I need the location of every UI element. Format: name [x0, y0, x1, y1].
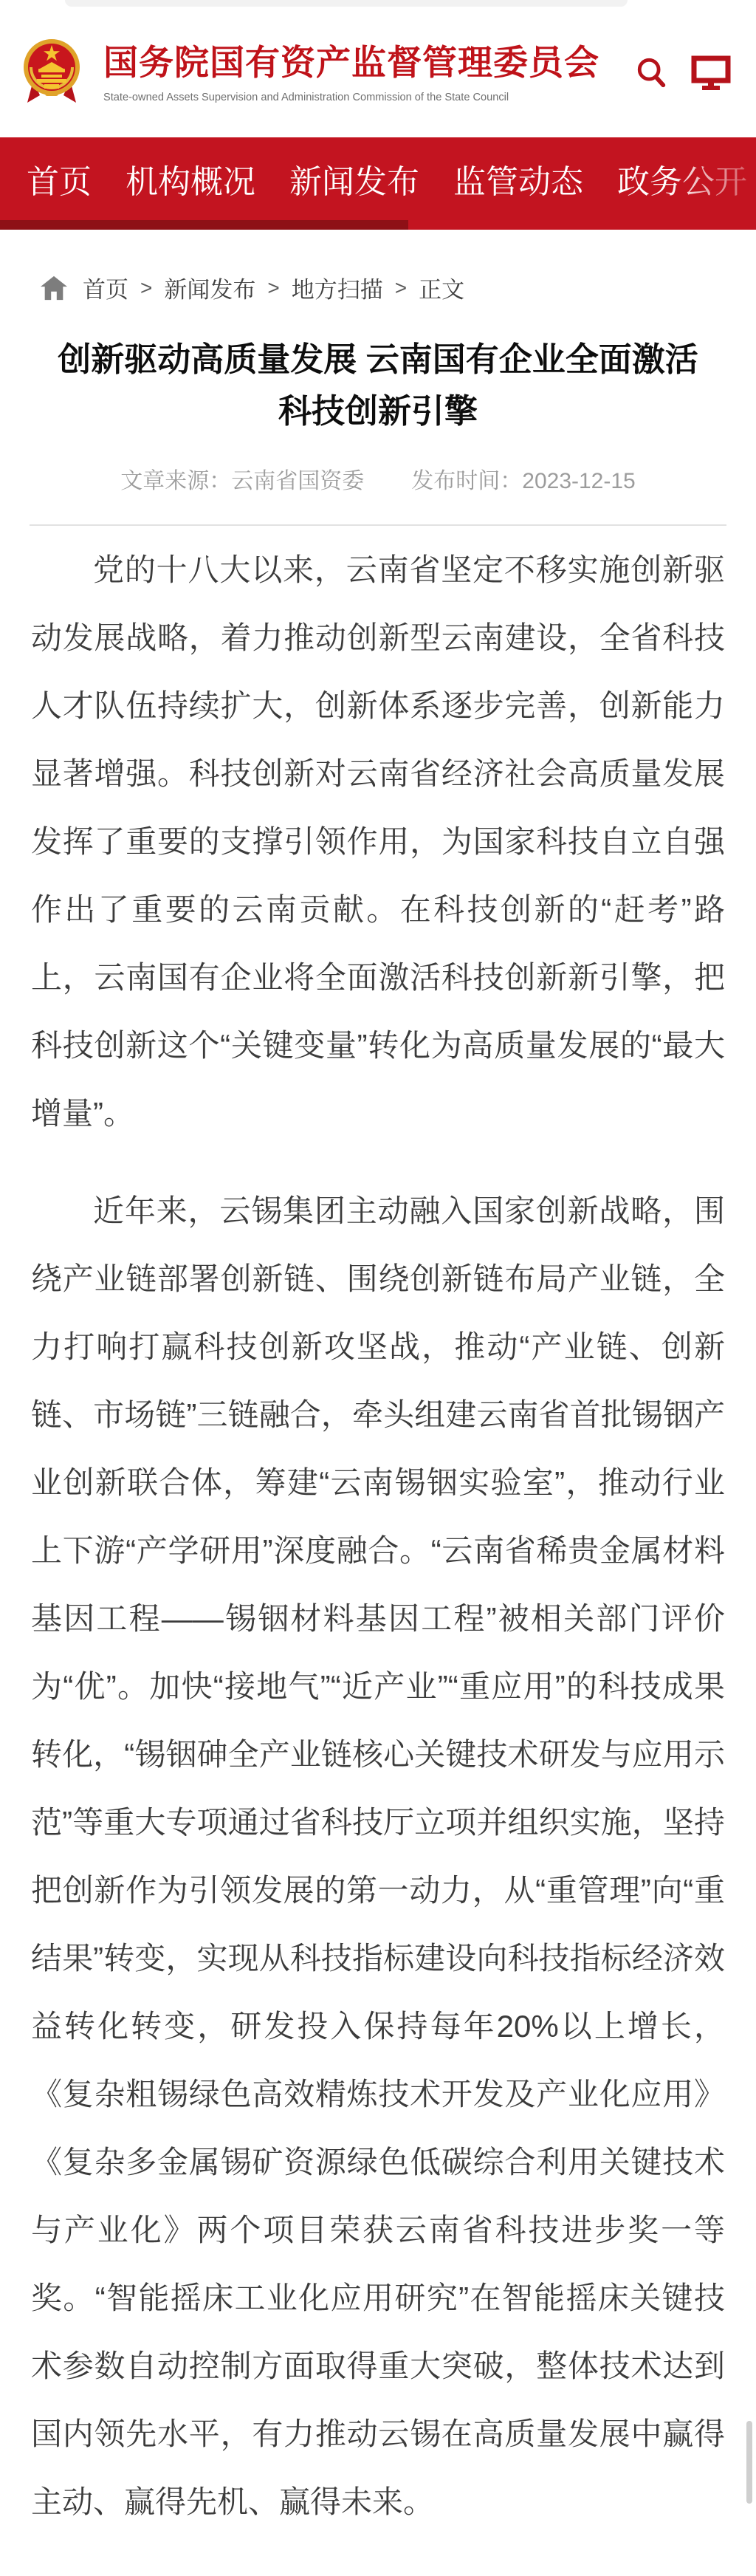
- article-meta: 文章来源：云南省国资委 发布时间：2023-12-15: [0, 462, 756, 495]
- scrollbar-thumb[interactable]: [746, 2421, 752, 2504]
- article-publish-time: 发布时间：2023-12-15: [411, 462, 635, 495]
- article-body: 党的十八大以来，云南省坚定不移实施创新驱动发展战略，着力推动创新型云南建设，全省…: [0, 526, 756, 2536]
- browser-chrome-strip: [65, 0, 628, 7]
- article-source-value: 云南省国资委: [231, 469, 364, 493]
- site-subtitle-en: State-owned Assets Supervision and Admin…: [103, 92, 599, 103]
- breadcrumb-item-home[interactable]: 首页: [83, 271, 128, 304]
- home-icon[interactable]: [40, 275, 68, 301]
- article-source-label: 文章来源：: [120, 469, 231, 493]
- nav-item-gov-affairs[interactable]: 政务公开: [617, 155, 747, 202]
- nav-item-news[interactable]: 新闻发布: [289, 155, 419, 202]
- breadcrumb-separator: >: [140, 276, 152, 300]
- breadcrumb-item-local-scan[interactable]: 地方扫描: [292, 271, 383, 304]
- site-header: 国务院国有资产监督管理委员会 State-owned Assets Superv…: [0, 0, 756, 137]
- article-time-label: 发布时间：: [411, 469, 522, 493]
- nav-item-supervision[interactable]: 监管动态: [453, 155, 583, 202]
- breadcrumb-separator: >: [267, 276, 279, 300]
- main-nav: 首页 机构概况 新闻发布 监管动态 政务公开: [0, 137, 756, 220]
- nav-item-home[interactable]: 首页: [27, 155, 92, 202]
- monitor-icon[interactable]: [691, 55, 731, 91]
- nav-item-about[interactable]: 机构概况: [126, 155, 255, 202]
- header-icons: [635, 55, 734, 91]
- china-national-emblem-icon: [22, 36, 81, 110]
- nav-progress-strip: [0, 220, 756, 230]
- article-paragraph: 近年来，云锡集团主动融入国家创新战略，围绕产业链部署创新链、围绕创新链布局产业链…: [31, 1177, 725, 2536]
- article-source: 文章来源：云南省国资委: [120, 462, 364, 495]
- breadcrumb-item-news[interactable]: 新闻发布: [164, 271, 255, 304]
- site-title-block: 国务院国有资产监督管理委员会 State-owned Assets Superv…: [103, 43, 599, 103]
- breadcrumb-separator: >: [395, 276, 407, 300]
- site-title: 国务院国有资产监督管理委员会: [103, 43, 599, 83]
- search-icon[interactable]: [635, 56, 669, 90]
- breadcrumb-item-current: 正文: [419, 271, 464, 304]
- article-paragraph: 党的十八大以来，云南省坚定不移实施创新驱动发展战略，着力推动创新型云南建设，全省…: [31, 536, 725, 1148]
- article-time-value: 2023-12-15: [522, 469, 635, 493]
- breadcrumb: 首页 > 新闻发布 > 地方扫描 > 正文: [40, 271, 756, 304]
- page: 国务院国有资产监督管理委员会 State-owned Assets Superv…: [0, 0, 756, 2576]
- article-title: 创新驱动高质量发展 云南国有企业全面激活科技创新引擎: [49, 334, 707, 437]
